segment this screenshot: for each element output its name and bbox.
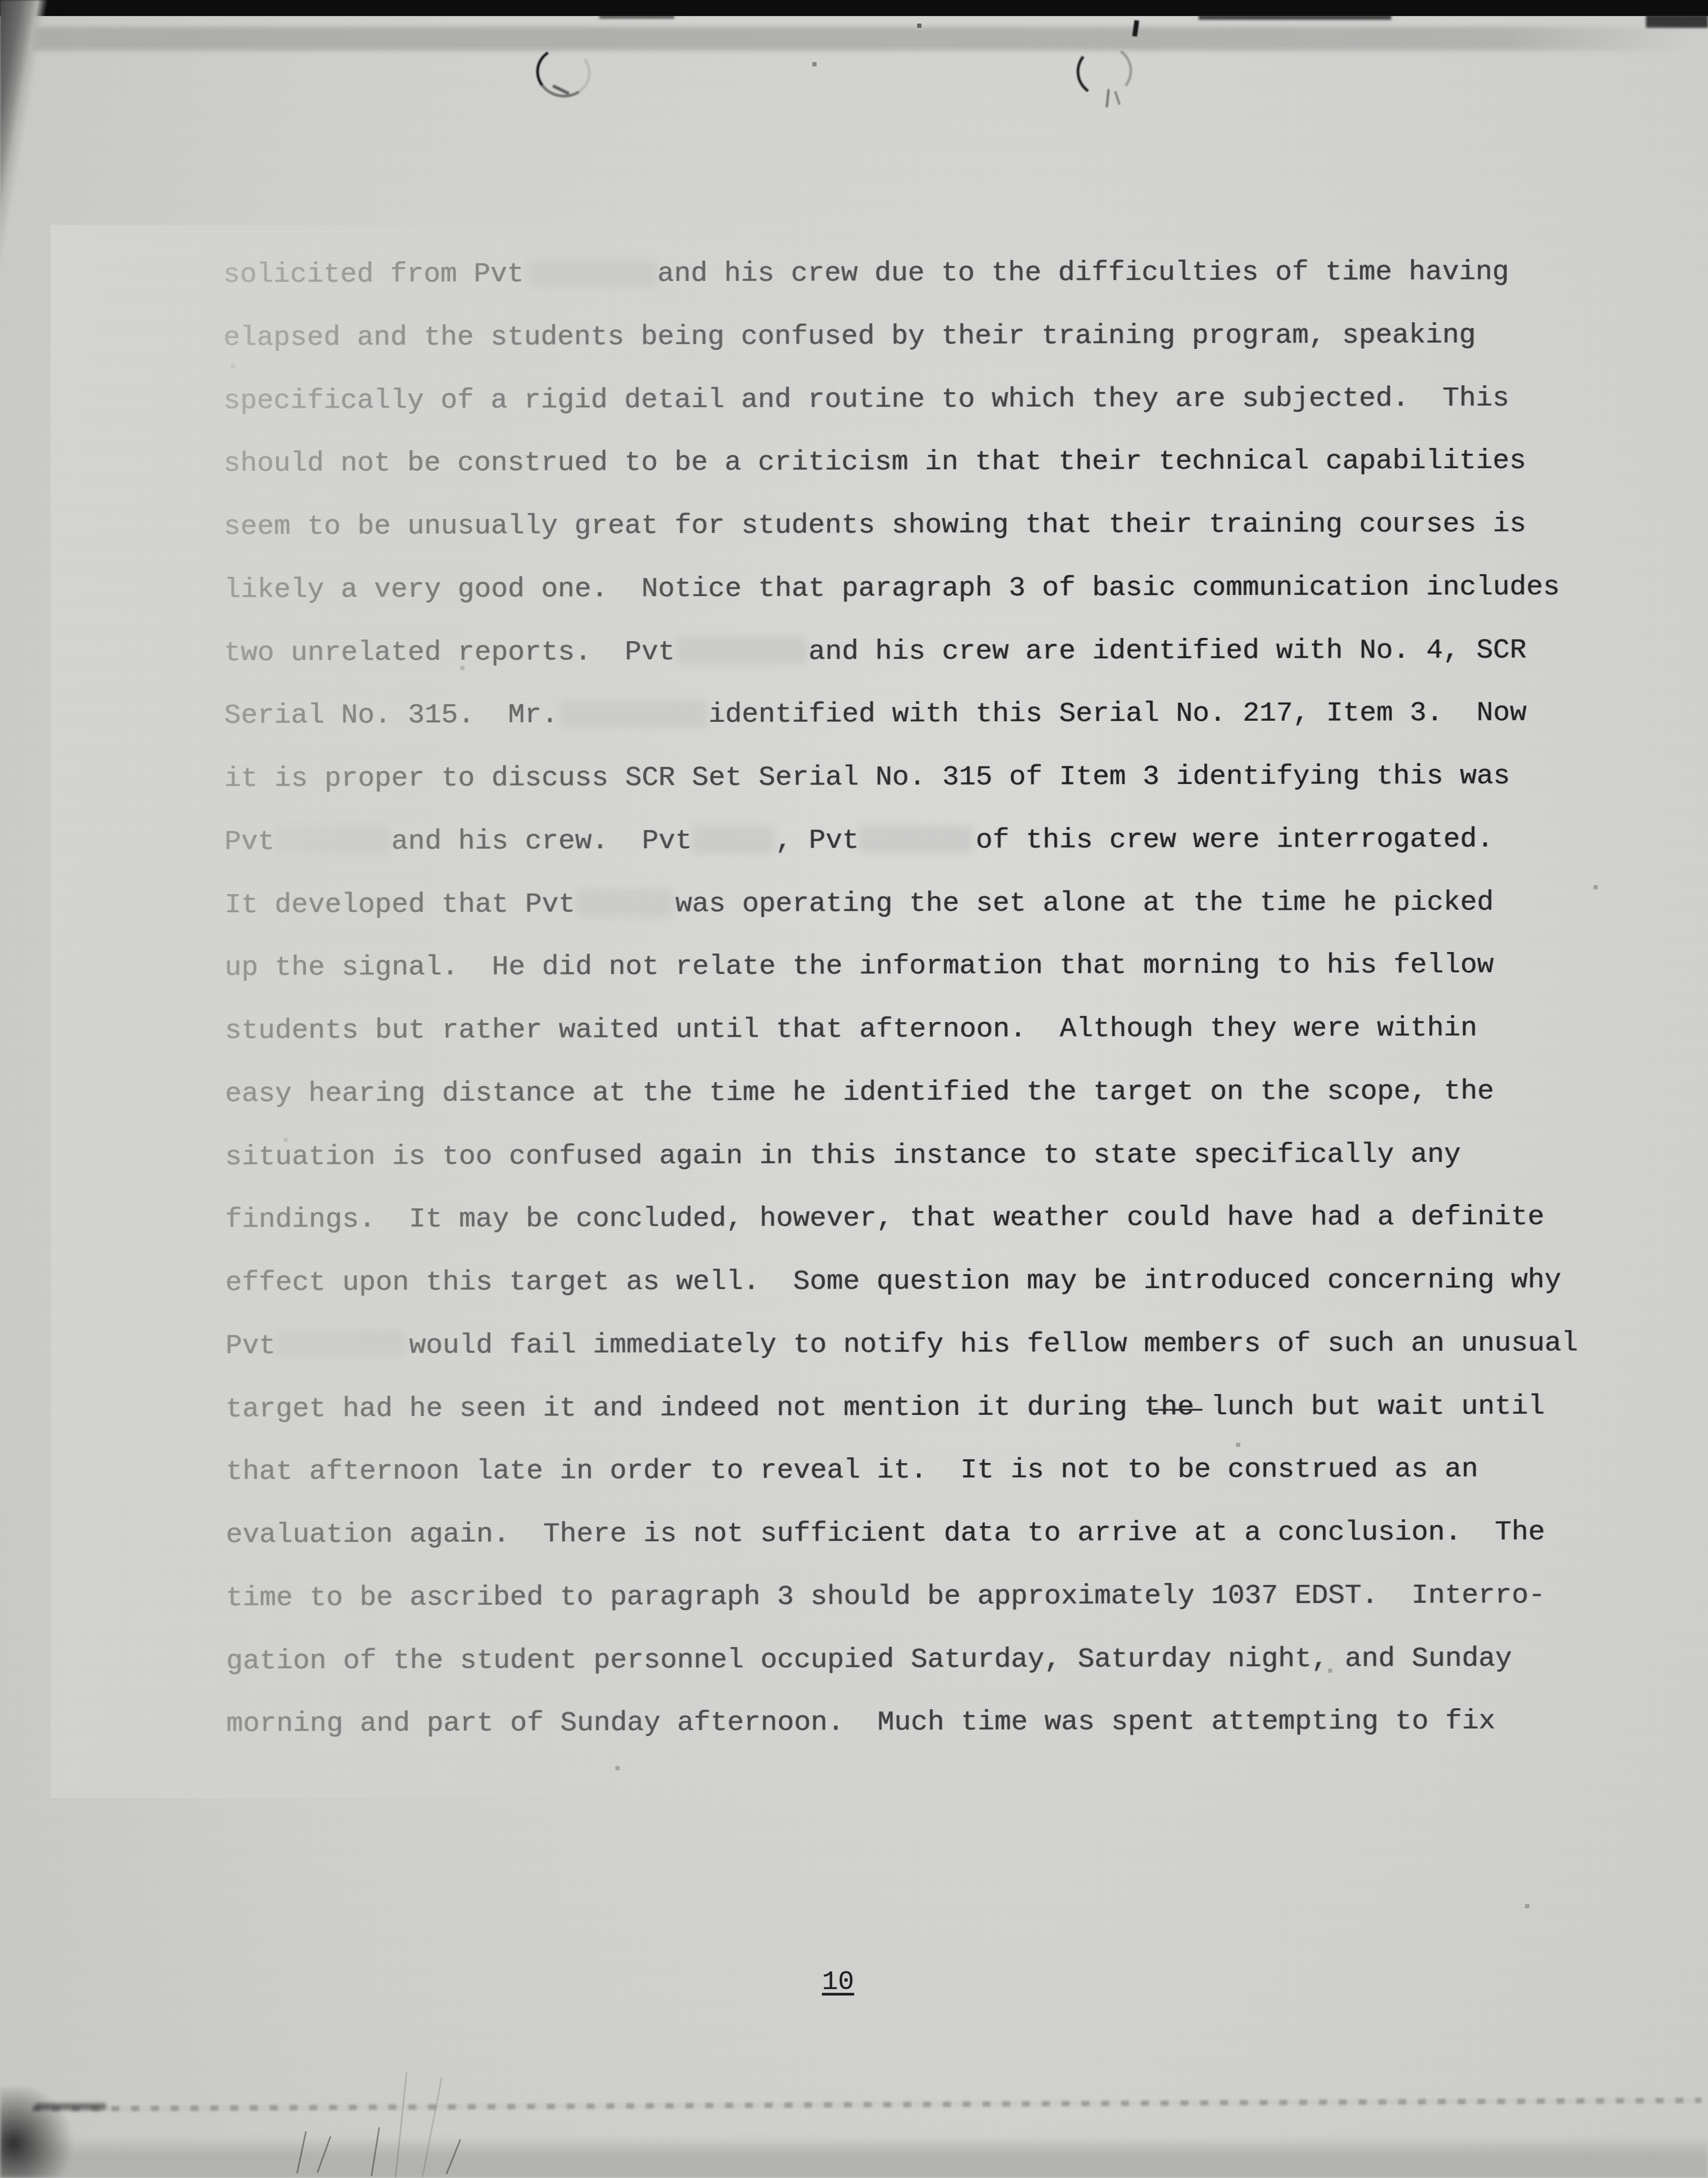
typed-line: target had he seen it and indeed not men… [225,1375,1670,1441]
typed-line: should not be construed to be a criticis… [224,429,1668,495]
typed-line: Pvt would fail immediately to notify his… [225,1312,1670,1377]
scanner-left-edge-strip [0,0,54,2178]
typed-line: specifically of a rigid detail and routi… [224,367,1668,432]
erased-name-smudge [859,826,974,854]
erased-name-smudge [560,700,707,728]
typed-line: time to be ascribed to paragraph 3 shoul… [226,1564,1671,1629]
scanner-bottom-band [0,2136,1708,2178]
erased-name-smudge [692,826,774,854]
paper-edge-shadow-band [0,27,1708,50]
typed-line: morning and part of Sunday afternoon. Mu… [226,1689,1671,1755]
typed-line: effect upon this target as well. Some qu… [225,1248,1670,1314]
typed-line: Serial No. 315. Mr. identified with this… [224,681,1669,747]
erased-name-smudge [576,889,674,917]
typed-line: It developed that Pvt was operating the … [225,871,1669,936]
typed-line: findings. It may be concluded, however, … [225,1185,1670,1251]
typed-line: elapsed and the students being confused … [223,303,1668,369]
scanned-document-page: solicited from Pvt and his crew due to t… [0,0,1708,2178]
typed-line: two unrelated reports. Pvt and his crew … [224,619,1669,684]
typed-line: seem to be unusually great for students … [224,492,1668,558]
scan-smudge-line [32,2098,1702,2112]
typed-line: evaluation again. There is not sufficien… [226,1501,1671,1566]
stray-pen-mark [532,43,595,102]
erased-name-smudge [275,826,390,854]
typed-text-body: solicited from Pvt and his crew due to t… [223,240,1671,1756]
typed-line: situation is too confused again in this … [225,1123,1669,1189]
typed-line: solicited from Pvt and his crew due to t… [223,240,1668,306]
page-number: 10 [822,1967,854,1998]
scanner-bar-edge-artifact [1199,15,1391,20]
erased-name-smudge [275,1330,406,1358]
dust-specks [0,0,2,2]
typed-line: that afternoon late in order to reveal i… [226,1437,1671,1503]
typed-line: it is proper to discuss SCR Set Serial N… [224,744,1669,810]
erased-name-smudge [676,637,807,665]
scanner-top-bar [0,0,1708,16]
typed-line: gation of the student personnel occupied… [226,1627,1671,1693]
scanner-bar-edge-artifact [1646,15,1708,28]
typed-line: likely a very good one. Notice that para… [224,555,1668,621]
erased-name-smudge [527,260,657,288]
typed-line: easy hearing distance at the time he ide… [225,1060,1669,1125]
scanner-bar-edge-artifact [599,15,674,19]
typed-line: students but rather waited until that af… [225,996,1669,1062]
typed-line: up the signal. He did not relate the inf… [225,933,1669,999]
scanner-corner-shadow [0,2087,75,2178]
